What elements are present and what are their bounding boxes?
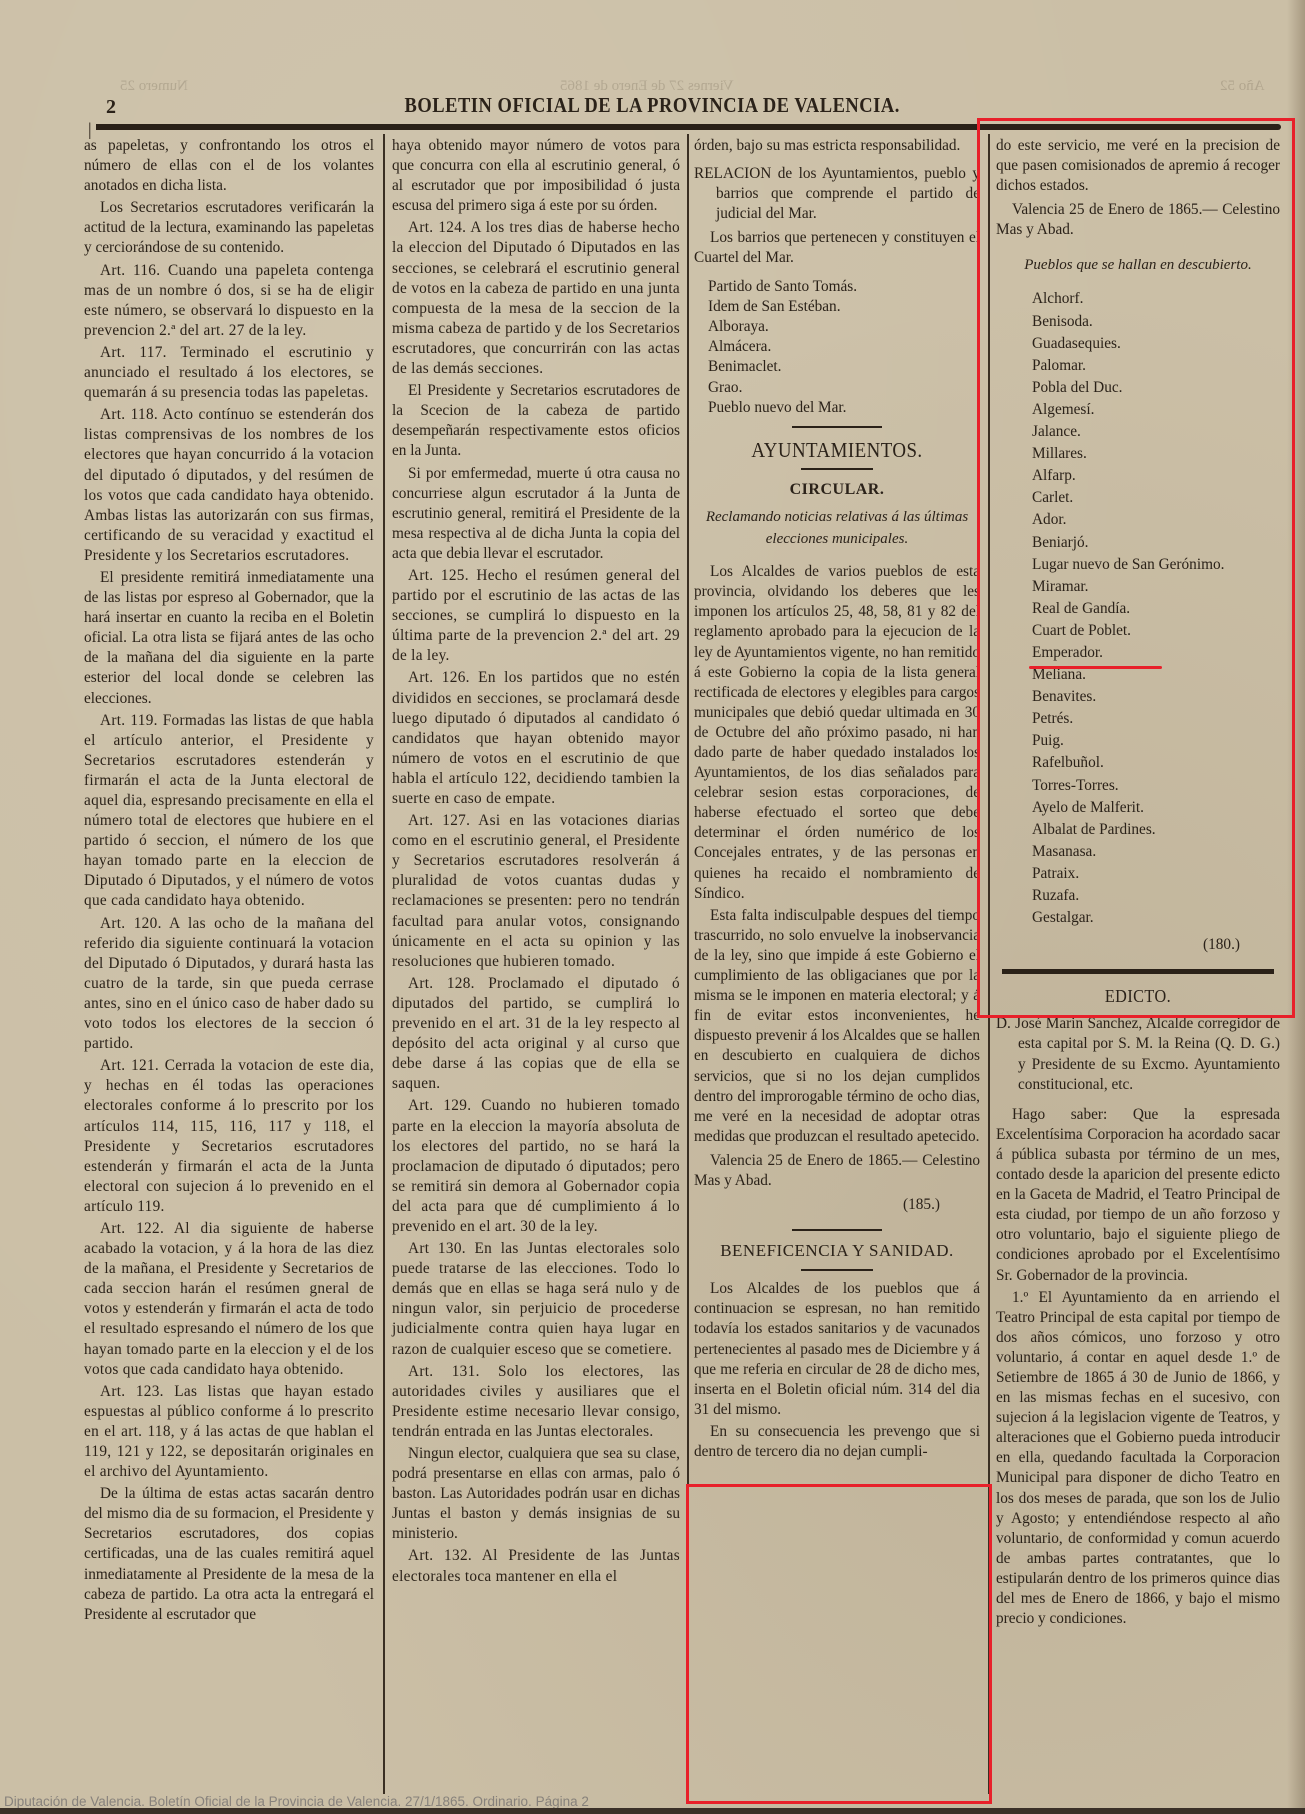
article-123: Art. 123. Las listas que hayan estado es…	[84, 1382, 374, 1482]
article-125: Art. 125. Hecho el resúmen general del p…	[392, 566, 680, 666]
section-title-ayuntamientos: AYUNTAMIENTOS.	[708, 440, 965, 460]
article-121: Art. 121. Cerrada la votacion de este di…	[84, 1056, 374, 1217]
article-126: Art. 126. En los partidos que no estén d…	[392, 668, 680, 809]
column-1: as papeletas, y confrontando los otros e…	[84, 136, 374, 1627]
article-117: Art. 117. Terminado el escrutinio y anun…	[84, 343, 374, 403]
list-item: Benimaclet.	[694, 357, 980, 377]
column-3: órden, bajo su mas estricta responsabili…	[694, 136, 980, 1464]
paragraph: Los Secretarios escrutadores verificarán…	[84, 198, 374, 258]
edicto-preamble: D. José Marin Sanchez, Alcalde corregido…	[996, 1014, 1280, 1094]
section-divider	[801, 1269, 873, 1271]
circular-signature: Valencia 25 de Enero de 1865.— Celestino…	[694, 1151, 980, 1191]
paragraph: 1.º El Ayuntamiento da en arriendo el Te…	[996, 1288, 1280, 1630]
paragraph: El Presidente y Secretarios escrutadores…	[392, 381, 680, 461]
article-124: Art. 124. A los tres dias de haberse hec…	[392, 218, 680, 379]
article-132: Art. 132. Al Presidente de las Juntas el…	[392, 1546, 680, 1586]
page-bottom-edge	[0, 1808, 1305, 1814]
archive-citation: Diputación de Valencia. Boletín Oficial …	[4, 1794, 589, 1809]
paragraph: En su consecuencia les prevengo que si d…	[694, 1422, 980, 1462]
annotation-underline-cuart-de-poblet	[1029, 666, 1162, 669]
paragraph: De la última de estas actas sacarán dent…	[84, 1484, 374, 1625]
list-item: Idem de San Estéban.	[694, 297, 980, 317]
list-item: Partido de Santo Tomás.	[694, 277, 980, 297]
circular-subtitle: Reclamando noticias relativas á las últi…	[694, 506, 980, 550]
article-119: Art. 119. Formadas las listas de que hab…	[84, 711, 374, 912]
annotation-box-pueblos	[977, 118, 1295, 1018]
newspaper-masthead: BOLETIN OFICIAL DE LA PROVINCIA DE VALEN…	[78, 93, 1226, 118]
article-116: Art. 116. Cuando una papeleta contenga m…	[84, 261, 374, 341]
section-divider	[792, 426, 882, 428]
list-item: Pueblo nuevo del Mar.	[694, 398, 980, 418]
paragraph: Hago saber: Que la espresada Excelentísi…	[996, 1105, 1280, 1286]
barrios-list: Partido de Santo Tomás. Idem de San Esté…	[694, 277, 980, 418]
section-divider	[801, 468, 873, 470]
column-divider-1	[383, 134, 385, 1794]
paragraph: Los Alcaldes de varios pueblos de esta p…	[694, 562, 980, 904]
article-130: Art 130. En las Juntas electorales solo …	[392, 1239, 680, 1360]
paragraph: haya obtenido mayor número de votos para…	[392, 136, 680, 216]
bleed-through-year: Año 52	[1220, 78, 1265, 95]
paragraph: Si por emfermedad, muerte ú otra causa n…	[392, 464, 680, 564]
column-2: haya obtenido mayor número de votos para…	[392, 136, 680, 1589]
article-120: Art. 120. A las ocho de la mañana del re…	[84, 914, 374, 1055]
annotation-box-beneficencia	[686, 1484, 992, 1804]
paragraph: El presidente remitirá inmediatamente un…	[84, 568, 374, 709]
list-item: Grao.	[694, 378, 980, 398]
paragraph: Esta falta indisculpable despues del tie…	[694, 906, 980, 1147]
paragraph: Los Alcaldes de los pueblos que á contin…	[694, 1279, 980, 1420]
article-128: Art. 128. Proclamado el diputado ó diput…	[392, 974, 680, 1095]
barrios-intro: Los barrios que pertenecen y constituyen…	[694, 228, 980, 268]
section-title-beneficencia: BENEFICENCIA Y SANIDAD.	[694, 1241, 980, 1261]
article-118: Art. 118. Acto contínuo se estenderán do…	[84, 405, 374, 566]
paragraph: as papeletas, y confrontando los otros e…	[84, 136, 374, 196]
article-129: Art. 129. Cuando no hubieren tomado part…	[392, 1096, 680, 1237]
list-item: Alboraya.	[694, 317, 980, 337]
paragraph: órden, bajo su mas estricta responsabili…	[694, 136, 980, 156]
circular-title: CIRCULAR.	[694, 480, 980, 500]
relacion-heading: RELACION de los Ayuntamientos, pueblo y …	[694, 164, 980, 224]
article-127: Art. 127. Asi en las votaciones diarias …	[392, 811, 680, 972]
section-divider	[792, 1229, 882, 1231]
circular-number: (185.)	[694, 1195, 980, 1215]
paragraph: Ningun elector, cualquiera que sea su cl…	[392, 1444, 680, 1544]
article-131: Art. 131. Solo los electores, las autori…	[392, 1362, 680, 1442]
article-122: Art. 122. Al dia siguiente de haberse ac…	[84, 1219, 374, 1380]
list-item: Almácera.	[694, 337, 980, 357]
